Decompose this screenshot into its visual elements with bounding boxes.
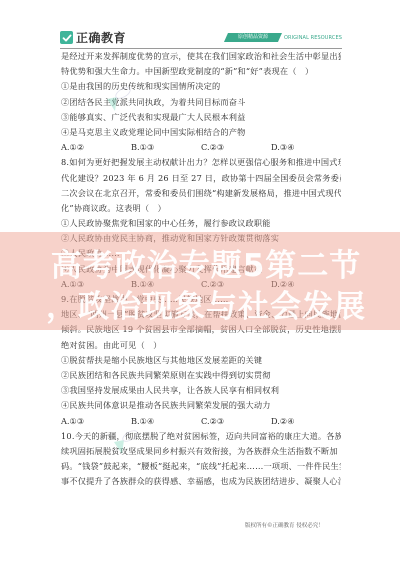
statement-1: ①人民政协聚焦党和国家的中心任务，履行参政议政职能: [61, 216, 341, 231]
option-d: D.③④: [271, 140, 341, 155]
watermark-logo-icon: [110, 428, 138, 460]
question-text-line: 绝对贫困。由此可见（ ）: [61, 338, 341, 353]
question-text-line: 代化建设？2023 年 6 月 26 日至 27 日，政协第十四届全国委员会常务…: [61, 171, 341, 186]
question-text-line: 续巩固拓展脱贫攻坚成果同乡村振兴有效衔接，为各族群众生活指数不断加: [61, 444, 341, 459]
question-text-line: 10.今天的新疆，彻底摆脱了绝对贫困标签，迈向共同富裕的康庄大道。各族持: [61, 429, 341, 444]
question-text-line: 化”协商议政。这表明（ ）: [61, 201, 341, 216]
watermark-logo-icon: [103, 85, 131, 117]
overlay-title-line-2: ，政治现象与社会发展: [6, 281, 400, 326]
resource-tag-en: ORIGINAL RESOURCES: [284, 35, 342, 41]
brand-name: 正确教育: [76, 29, 126, 46]
option-a: A.①③: [61, 414, 131, 429]
question-text-line: 事不仅提升了各族群众的获得感、幸福感，也成为民族团结进步、凝聚人心汇: [61, 474, 341, 489]
statement-2: ②民族团结和各民族共同繁荣原则在实践中得到切实贯彻: [61, 368, 341, 383]
question-10: 10.今天的新疆，彻底摆脱了绝对贫困标签，迈向共同富裕的康庄大道。各族持 续巩固…: [61, 429, 341, 490]
option-b: B.①④: [131, 414, 201, 429]
resource-tag: 原创精品资源 ORIGINAL RESOURCES: [224, 33, 342, 42]
statement-4: ④是马克思主义政党理论同中国实际相结合的产物: [61, 125, 341, 140]
statement-1: ①脱贫帮扶是缩小民族地区与其他地区发展差距的关键: [61, 353, 341, 368]
statement-3: ③我国坚持发展成果由人民共享，让各族人民享有相同权利: [61, 383, 341, 398]
brand-logo: 正确教育: [60, 29, 126, 46]
question-text-line: 特优势和强大生命力。中国新型政党制度的“新”和“好”表现在（ ）: [61, 64, 341, 79]
question-text-line: 码。“钱袋”鼓起来，“腰板”挺起来，“底线”托起来……一项项、一件件民生实: [61, 459, 341, 474]
option-b: B.①③: [131, 140, 201, 155]
question-text-line: 8.如何为更好把握发展主动权献计出力？怎样以更强信心服务和推进中国式现: [61, 155, 341, 170]
statement-4: ④民族共同体意识是推动各民族共同繁荣发展的强大动力: [61, 398, 341, 413]
option-a: A.①②: [61, 140, 131, 155]
question-text-line: 是经过开来发挥制度优势的宣示，使其在我们国家政治和社会生活中彰显出独: [61, 49, 341, 64]
copyright-note: 版权所有©正确教育 侵权必究！: [245, 521, 324, 529]
checkmark-icon: [60, 31, 73, 44]
question-text-line: 二次会议在北京召开，常委和委员们围绕“构建新发展格局，推进中国式现代: [61, 186, 341, 201]
overlay-title-line-1: 高考政治专题5第二节: [6, 240, 400, 285]
option-c: C.②③: [201, 140, 271, 155]
answer-options: A.①② B.①③ C.②③ D.③④: [61, 140, 341, 155]
option-d: D.②④: [271, 414, 341, 429]
page-header: 正确教育 原创精品资源 ORIGINAL RESOURCES: [60, 27, 342, 49]
resource-tag-cn: 原创精品资源: [224, 33, 282, 42]
option-c: C.②③: [201, 414, 271, 429]
answer-options: A.①③ B.①④ C.②③ D.②④: [61, 414, 341, 429]
